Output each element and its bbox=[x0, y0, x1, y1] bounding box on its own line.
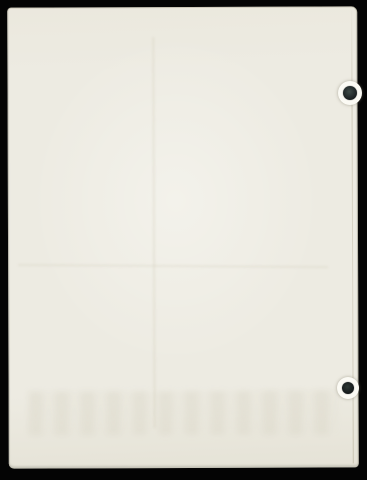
scanner-background bbox=[0, 0, 367, 480]
bleed-through-ghosting bbox=[29, 390, 339, 435]
scanned-page bbox=[7, 6, 359, 468]
paper-crease-horizontal bbox=[18, 264, 328, 268]
top-hole-punch-icon bbox=[343, 86, 357, 100]
bottom-hole-punch-icon bbox=[342, 382, 354, 394]
paper-crease-vertical bbox=[152, 37, 155, 428]
paper-texture bbox=[7, 6, 359, 468]
